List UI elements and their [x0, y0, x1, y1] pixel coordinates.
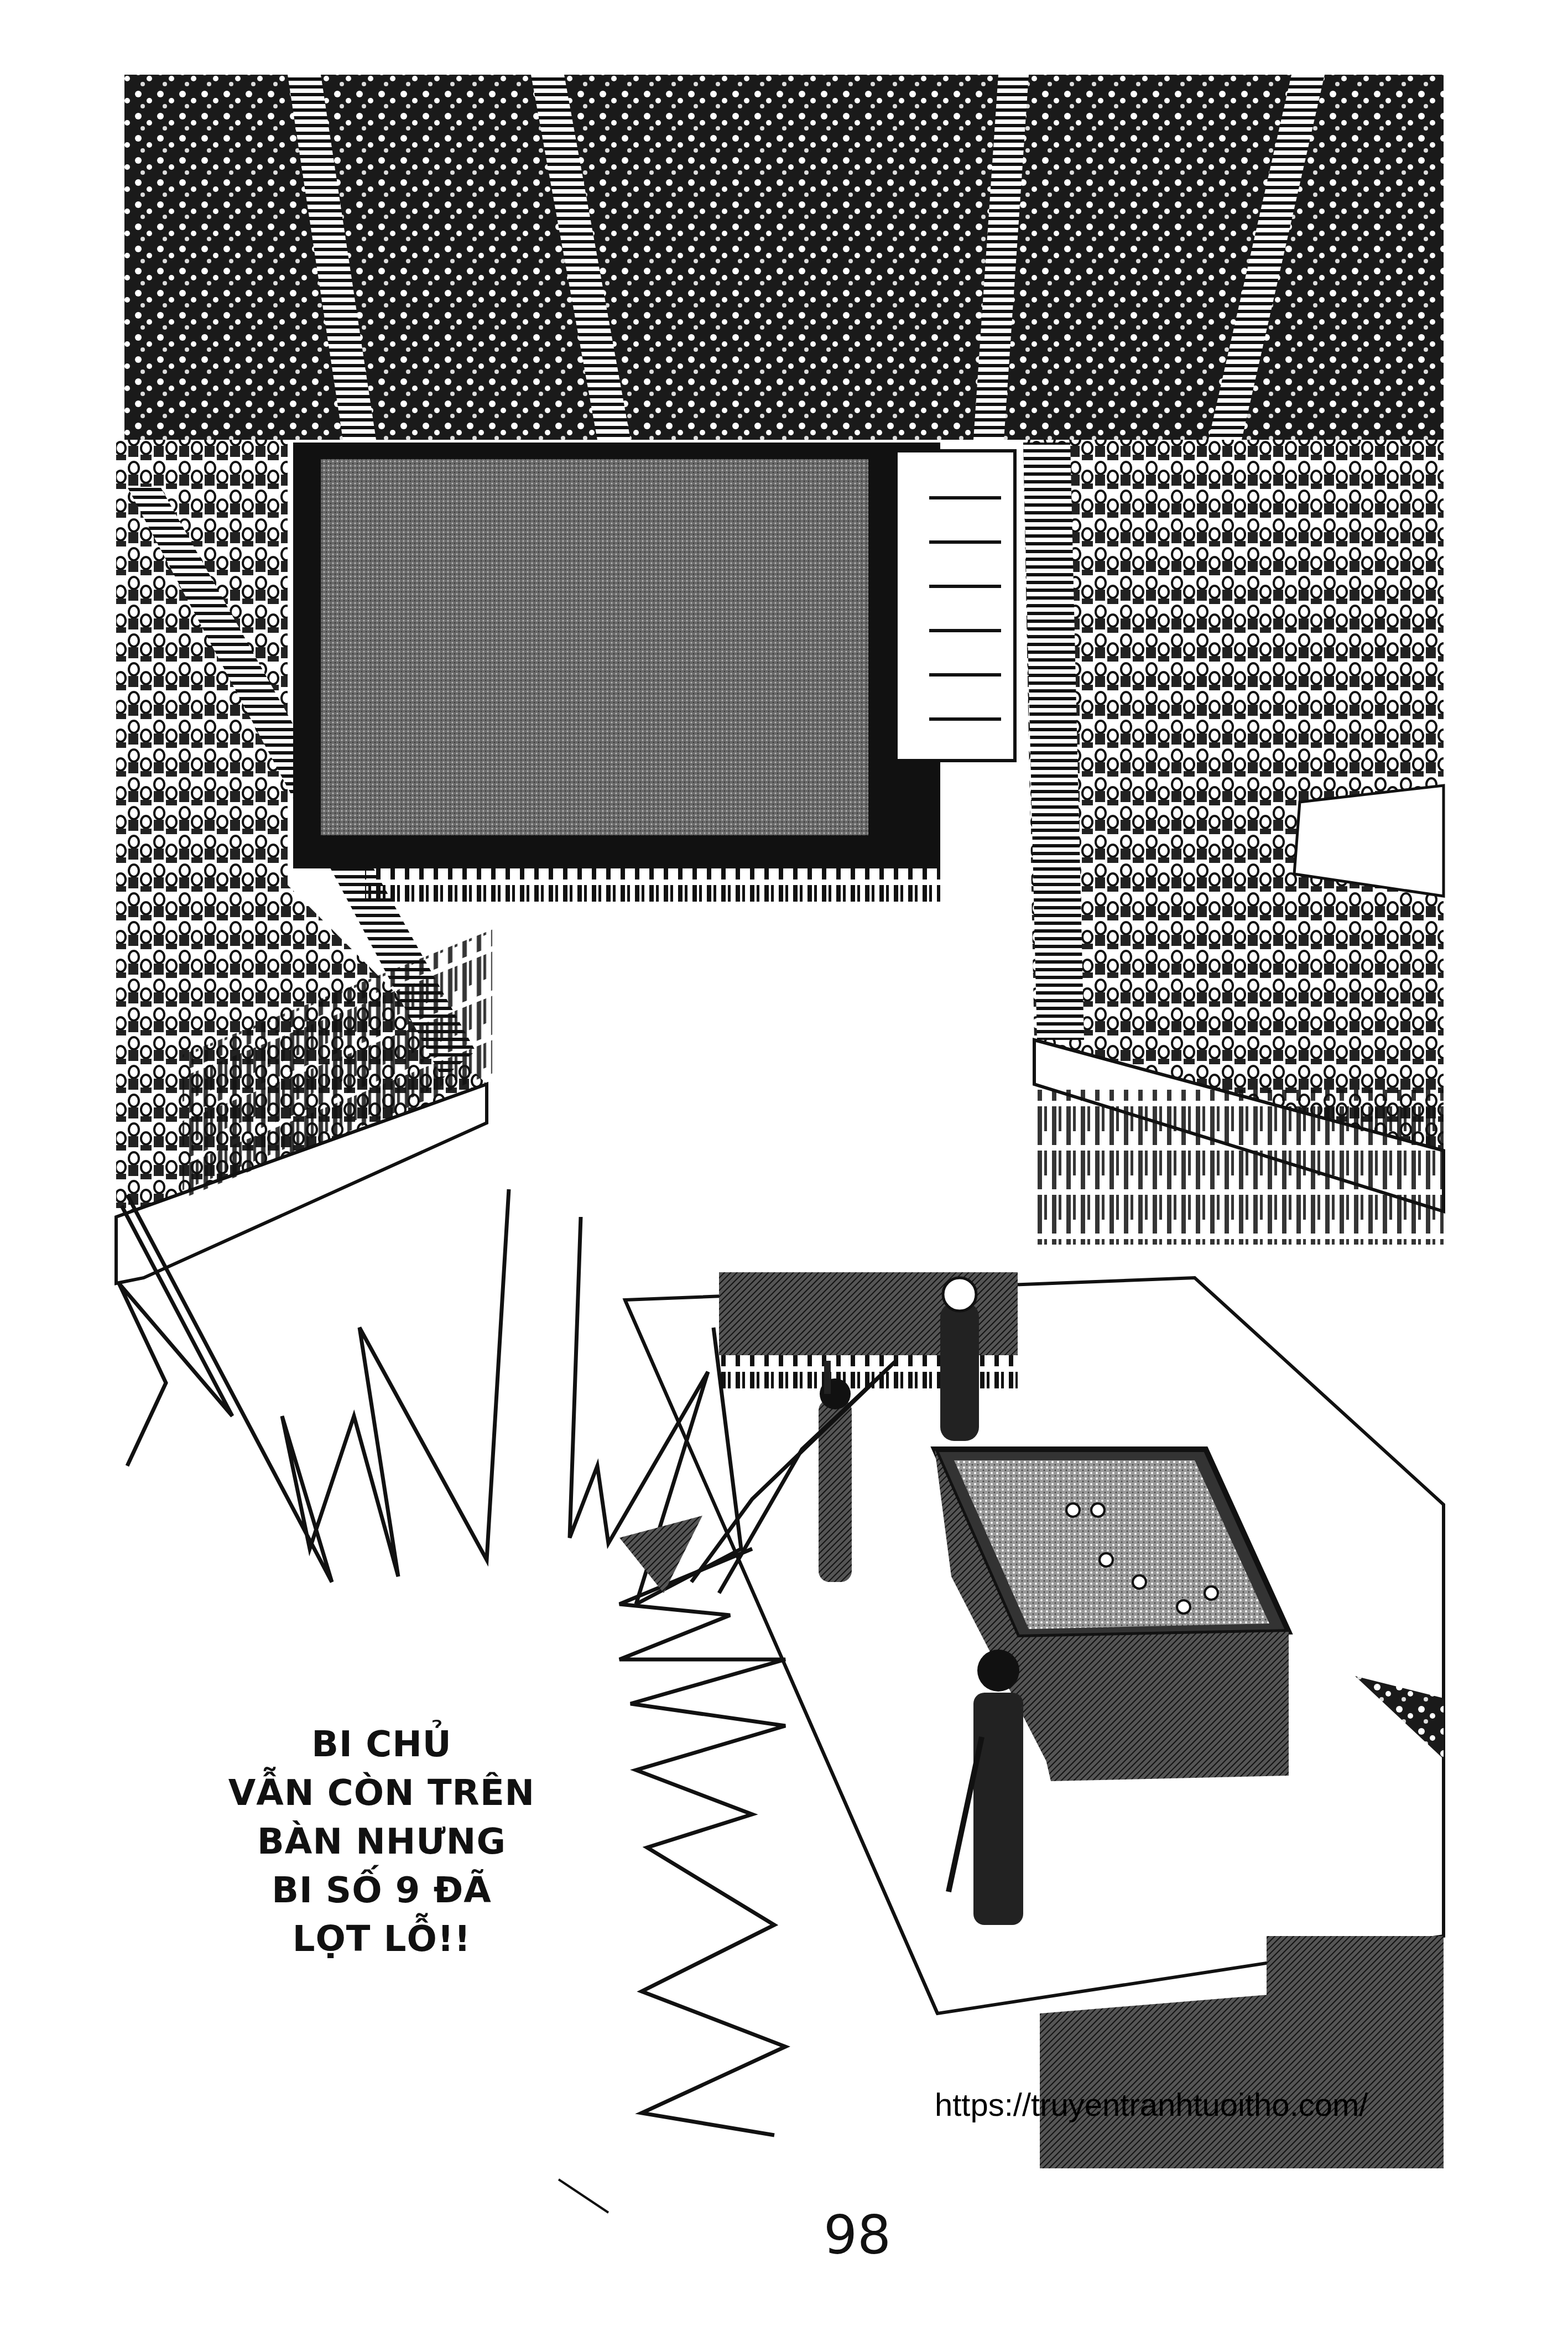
watermark-url: https://truyentranhtuoitho.com/: [935, 2086, 1368, 2124]
caption-line: BI CHỦ: [210, 1720, 553, 1769]
player-with-cue: [973, 1693, 1023, 1925]
caption-line: BI SỐ 9 ĐÃ: [210, 1866, 553, 1915]
comic-page: BI CHỦ VẪN CÒN TRÊN BÀN NHƯNG BI SỐ 9 ĐÃ…: [0, 0, 1568, 2352]
caption-line: VẪN CÒN TRÊN: [210, 1769, 553, 1818]
arena-illustration: [0, 0, 1568, 2352]
narration-caption: BI CHỦ VẪN CÒN TRÊN BÀN NHƯNG BI SỐ 9 ĐÃ…: [210, 1720, 553, 1964]
arena-screen: [321, 459, 868, 835]
front-spectators: [1040, 1980, 1444, 2168]
caption-line: BÀN NHƯNG: [210, 1818, 553, 1866]
page-number: 98: [819, 2204, 896, 2266]
caption-line: LỌT LỖ!!: [210, 1915, 553, 1964]
player-far: [940, 1303, 979, 1441]
